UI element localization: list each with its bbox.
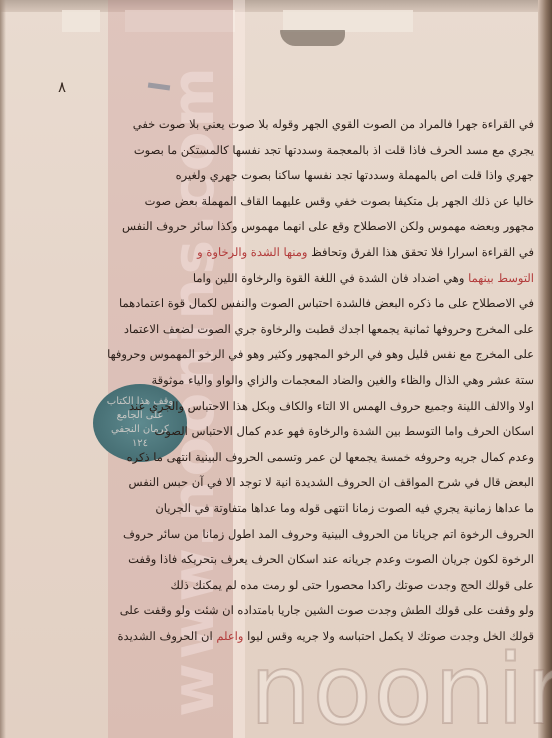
- watermark-bottom: noonir: [250, 645, 550, 735]
- rubric-heading: واعلم: [216, 629, 243, 643]
- line-text: الرخوة لكون جريان الصوت وعدم جريانه عند …: [128, 552, 534, 566]
- text-line: ما عداها زمانية يجري فيه الصوت زمانا انت…: [244, 496, 534, 522]
- line-text: خاليا عن ذلك الجهر بل متكيفا بصوت خفي وق…: [145, 194, 534, 208]
- line-text: في القراءة اسرارا فلا تحقق هذا الفرق وتح…: [307, 245, 534, 259]
- line-text: على المخرج مع نفس قليل وهو في الرخو المج…: [107, 347, 534, 361]
- rubric-heading: ومنها الشدة والرخاوة و: [197, 245, 307, 259]
- line-text: ستة عشر وهي الذال والظاء والغين والضاد ا…: [152, 373, 534, 387]
- repair-tape: [62, 10, 100, 32]
- line-text: جهري واذا قلت اص بالمهملة وسددتها تجد نف…: [176, 168, 534, 182]
- text-line: وعدم كمال جريه وحروفه خمسة يجمعها لن عمر…: [244, 445, 534, 471]
- text-line: ولو وقفت على قولك الطش وجدت صوت الشين جا…: [244, 598, 534, 624]
- text-line: خاليا عن ذلك الجهر بل متكيفا بصوت خفي وق…: [244, 189, 534, 215]
- line-text: اولا والالف اللينة وجميع حروف الهمس الا …: [129, 399, 534, 413]
- line-text: وهي اضداد فان الشدة في اللغة القوة والرخ…: [193, 271, 468, 285]
- text-line: جهري واذا قلت اص بالمهملة وسددتها تجد نف…: [244, 163, 534, 189]
- text-line: اولا والالف اللينة وجميع حروف الهمس الا …: [244, 394, 534, 420]
- text-line: التوسط بينهما وهي اضداد فان الشدة في الل…: [244, 266, 534, 292]
- text-line: الحروف الرخوة اتم جريانا من الحروف البين…: [244, 522, 534, 548]
- line-text: على المخرج وحروفها ثمانية يجمعها اجدك قط…: [124, 322, 534, 336]
- text-line: على المخرج مع نفس قليل وهو في الرخو المج…: [244, 342, 534, 368]
- text-line: مجهور وبعضه مهموس ولكن الاصطلاح وقع على …: [244, 214, 534, 240]
- manuscript-page: www.noonins.com ٨ وقف هذا الكتاب على الج…: [0, 0, 552, 738]
- line-text: يجري مع مسد الحرف فاذا قلت اذ بالمعجمة و…: [134, 143, 534, 157]
- repair-tape: [283, 10, 413, 32]
- text-line: في القراءة اسرارا فلا تحقق هذا الفرق وتح…: [244, 240, 534, 266]
- text-line: يجري مع مسد الحرف فاذا قلت اذ بالمعجمة و…: [244, 138, 534, 164]
- manuscript-text-block: في القراءة جهرا فالمراد من الصوت القوي ا…: [244, 112, 534, 649]
- line-text: على قولك الحج وجدت صوتك راكدا محصورا حتى…: [171, 578, 534, 592]
- line-text: في الاصطلاح على ما ذكره البعض فالشدة احت…: [119, 296, 534, 310]
- page-left-edge: [0, 0, 6, 738]
- line-text: الحروف الرخوة اتم جريانا من الحروف البين…: [123, 527, 534, 541]
- text-line: اسكان الحرف واما التوسط بين الشدة والرخا…: [244, 419, 534, 445]
- text-line: على المخرج وحروفها ثمانية يجمعها اجدك قط…: [244, 317, 534, 343]
- line-text: مجهور وبعضه مهموس ولكن الاصطلاح وقع على …: [122, 219, 534, 233]
- text-line: البعض قال في شرح المواقف ان الحروف الشدي…: [244, 470, 534, 496]
- line-text: وعدم كمال جريه وحروفه خمسة يجمعها لن عمر…: [127, 450, 534, 464]
- text-line: في القراءة جهرا فالمراد من الصوت القوي ا…: [244, 112, 534, 138]
- page-right-edge: [538, 0, 552, 738]
- line-text: البعض قال في شرح المواقف ان الحروف الشدي…: [129, 475, 534, 489]
- line-text: اسكان الحرف واما التوسط بين الشدة والرخا…: [154, 424, 534, 438]
- text-line: في الاصطلاح على ما ذكره البعض فالشدة احت…: [244, 291, 534, 317]
- line-text: ولو وقفت على قولك الطش وجدت صوت الشين جا…: [120, 603, 534, 617]
- line-text: ان الحروف الشديدة: [118, 629, 217, 643]
- line-text: ما عداها زمانية يجري فيه الصوت زمانا انت…: [155, 501, 534, 515]
- text-line: على قولك الحج وجدت صوتك راكدا محصورا حتى…: [244, 573, 534, 599]
- text-line: ستة عشر وهي الذال والظاء والغين والضاد ا…: [244, 368, 534, 394]
- torn-paper-area: [280, 30, 345, 46]
- text-line: الرخوة لكون جريان الصوت وعدم جريانه عند …: [244, 547, 534, 573]
- rubric-heading: التوسط بينهما: [468, 271, 534, 285]
- line-text: في القراءة جهرا فالمراد من الصوت القوي ا…: [133, 117, 534, 131]
- folio-number: ٨: [58, 78, 66, 96]
